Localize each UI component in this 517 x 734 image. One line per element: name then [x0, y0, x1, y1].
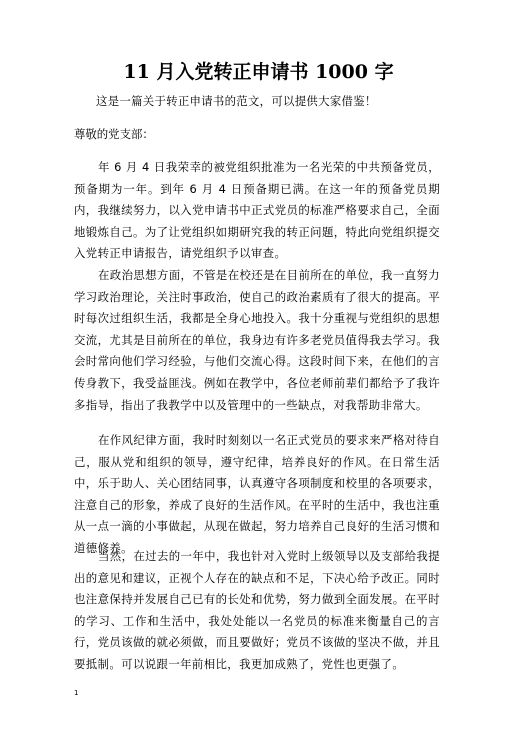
document-page: 11 月入党转正申请书 1000 字 这是一篇关于转正申请书的范文，可以提供大家… [0, 0, 517, 734]
paragraph-probation: 年 6 月 4 日我荣幸的被党组织批准为一名光荣的中共预备党员，预备期为一年。到… [74, 157, 440, 265]
intro-text: 这是一篇关于转正申请书的范文，可以提供大家借鉴！ [96, 91, 377, 111]
paragraph-text: 当然，在过去的一年中，我也针对入党时上级领导以及支部给我提出的意见和建议，正视个… [74, 546, 440, 676]
paragraph-political-thought: 在政治思想方面，不管是在校还是在目前所在的单位，我一直努力学习政治理论，关注时事… [74, 265, 440, 416]
paragraph-text: 在政治思想方面，不管是在校还是在目前所在的单位，我一直努力学习政治理论，关注时事… [74, 265, 440, 416]
document-title: 11 月入党转正申请书 1000 字 [0, 59, 517, 85]
paragraph-work-style: 在作风纪律方面，我时时刻刻以一名正式党员的要求来严格对待自己，服从党和组织的领导… [74, 430, 440, 560]
paragraph-text: 在作风纪律方面，我时时刻刻以一名正式党员的要求来严格对待自己，服从党和组织的领导… [74, 430, 440, 560]
salutation: 尊敬的党支部： [74, 124, 154, 144]
page-number: 1 [74, 688, 78, 698]
paragraph-self-improvement: 当然，在过去的一年中，我也针对入党时上级领导以及支部给我提出的意见和建议，正视个… [74, 546, 440, 676]
paragraph-text: 年 6 月 4 日我荣幸的被党组织批准为一名光荣的中共预备党员，预备期为一年。到… [74, 157, 440, 265]
